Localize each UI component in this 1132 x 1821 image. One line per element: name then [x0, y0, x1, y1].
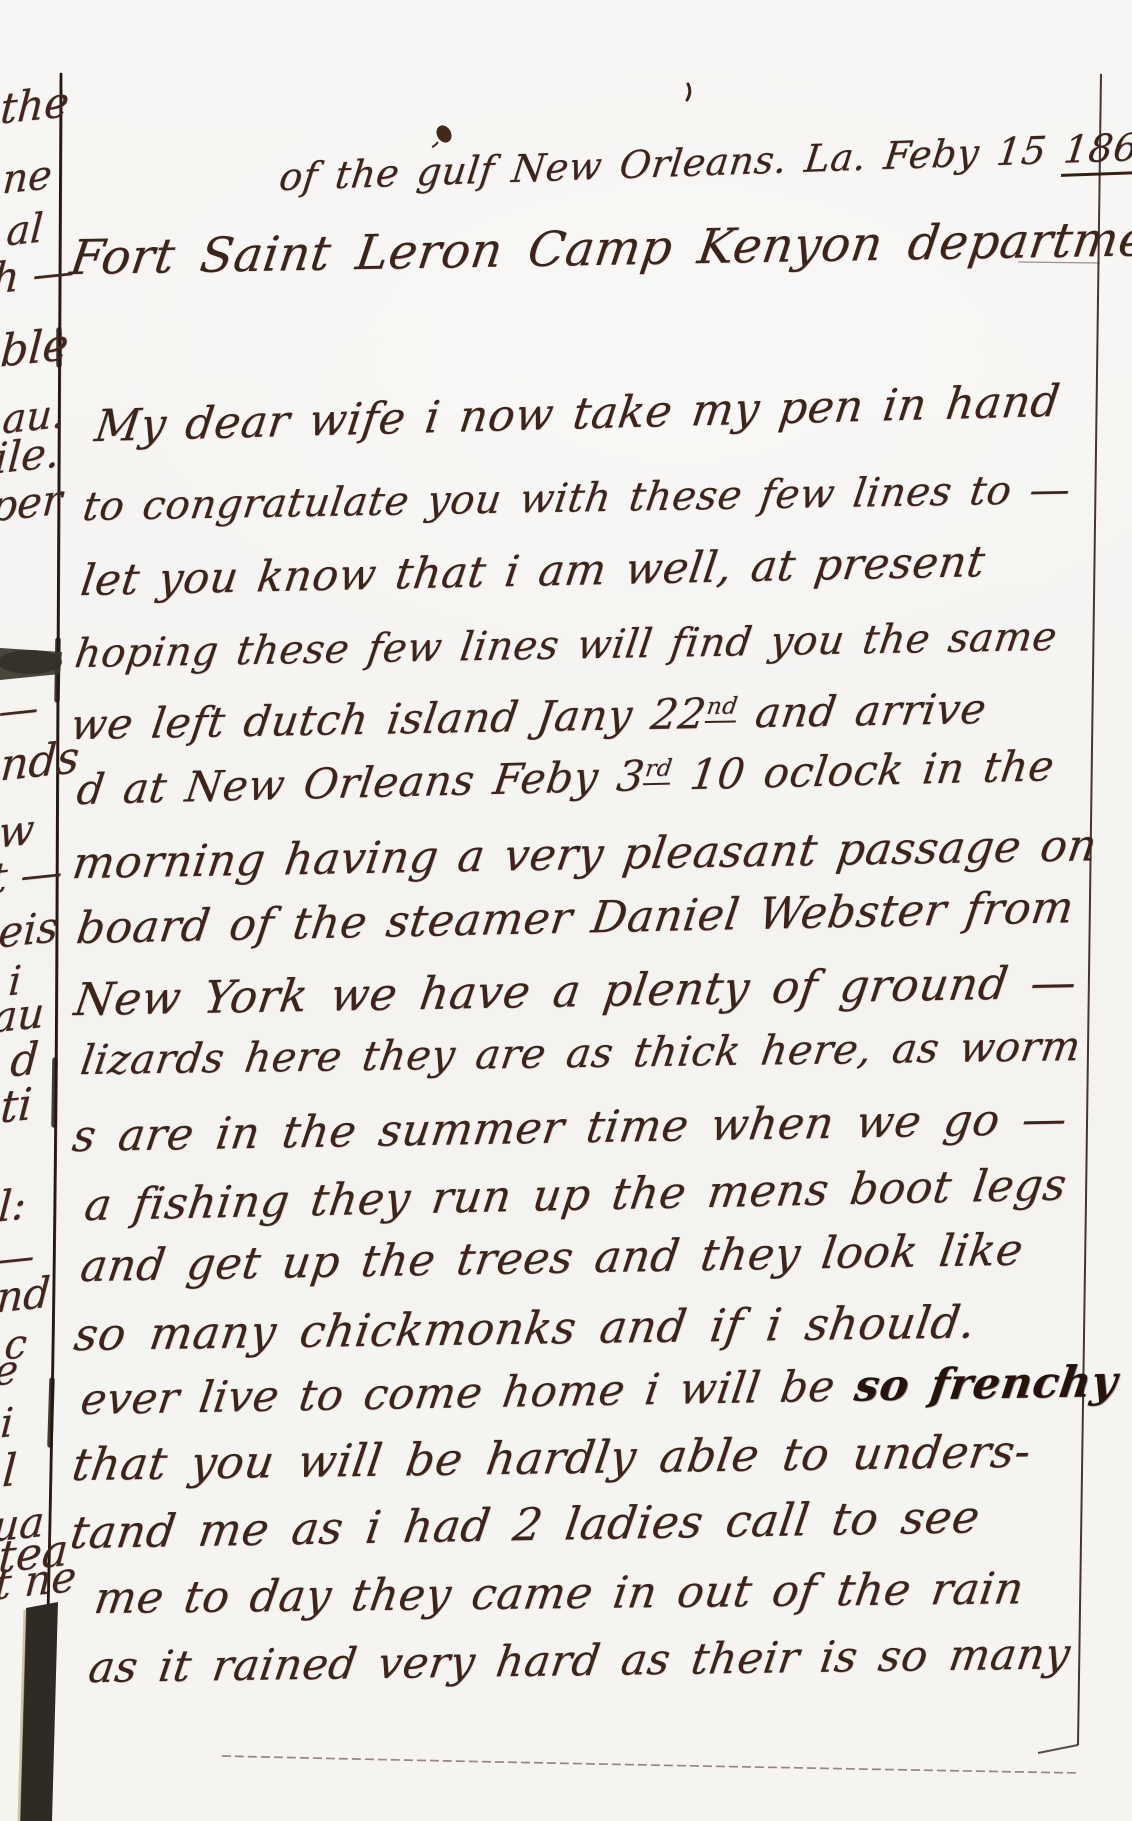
margin-fragment: nds [0, 736, 81, 789]
letter-body-line: a fishing they run up the mens boot legs [82, 1163, 1069, 1228]
letter-body-line: morning having a very pleasant passage o… [70, 824, 1100, 886]
ink-blot-tail [432, 142, 438, 147]
letter-body-line: so many chickmonks and if i should. [72, 1299, 979, 1357]
emphasized-text: so frenchy [851, 1357, 1120, 1412]
margin-fragment: al [5, 208, 44, 252]
margin-fragment: — [0, 688, 40, 733]
flourish-mark [687, 84, 690, 100]
letter-body-line: d at New Orleans Feby 3rd 10 oclock in t… [74, 745, 1057, 811]
margin-fragment: eis [0, 906, 60, 955]
margin-fragment: i [0, 1403, 15, 1445]
line-text: we left dutch island Jany 22 [68, 689, 710, 749]
letter-body-line: hoping these few lines will find you the… [72, 617, 1059, 674]
dateline-year: 1864 [1061, 124, 1132, 177]
letter-body-line: New York we have a plenty of ground — [72, 960, 1080, 1023]
margin-fragment: t ne [0, 1555, 78, 1606]
letter-body-line: board of the steamer Daniel Webster from [74, 886, 1077, 951]
ordinal-superscript: nd [705, 693, 740, 723]
line-text: and arrive [733, 684, 989, 737]
margin-fragment: w [0, 808, 36, 854]
letter-body-line: let you know that i am well, at present [78, 541, 988, 603]
letter-body-line: we left dutch island Jany 22nd and arriv… [68, 688, 989, 746]
margin-fragment: ile. [0, 431, 61, 480]
binding-mark [20, 1602, 58, 1821]
gutter-fold-line-shadow [49, 90, 62, 1600]
margin-fragment: per [0, 478, 63, 528]
margin-fragment: h — [0, 249, 76, 300]
letter-body-line: lizards here they are as thick here, as … [78, 1026, 1083, 1081]
letter-body-line: ever live to come home i will be so fren… [78, 1361, 1120, 1422]
binding-mark-edge [19, 1610, 25, 1821]
letter-address-line: Fort Saint Leron Camp Kenyon department [67, 214, 1132, 282]
letter-body-line: s are in the summer time when we go — [70, 1098, 1070, 1159]
line-text: 10 oclock in the [668, 741, 1057, 800]
margin-fragment: ble [0, 323, 70, 375]
letter-body-line: that you will be hardly able to unders- [70, 1429, 1035, 1487]
margin-fragment: nd [0, 1271, 52, 1319]
dateline-text: of the gulf New Orleans. La. Feby 15 [277, 128, 1067, 200]
letter-body-line: tand me as i had 2 ladies call to see [68, 1494, 983, 1555]
bottom-page-edge-line [222, 1756, 1078, 1773]
margin-fragment: e [0, 1350, 20, 1393]
margin-fragment: l: [0, 1183, 27, 1228]
margin-fragment: ti [0, 1083, 34, 1131]
letter-body-line: to congratulate you with these few lines… [80, 470, 1073, 527]
letter-body-line: and get up the trees and they look like [78, 1229, 1026, 1290]
margin-fragment: l [1, 1449, 18, 1495]
scanned-letter-page: of the gulf New Orleans. La. Feby 15 186… [0, 0, 1132, 1821]
letter-body-line: My dear wife i now take my pen in hand [92, 380, 1062, 449]
right-page-edge-foot [1038, 1745, 1078, 1753]
right-page-edge-line [1078, 74, 1101, 1745]
line-text: d at New Orleans Feby 3 [74, 751, 648, 814]
letter-dateline: of the gulf New Orleans. La. Feby 15 186… [277, 127, 1132, 196]
letter-body-line: me to day they came in out of the rain [91, 1567, 1026, 1621]
line-text: ever live to come home i will be [78, 1361, 859, 1425]
margin-fragment: t — [0, 850, 64, 900]
margin-fragment: ne [1, 155, 53, 201]
ink-smear [0, 648, 62, 680]
margin-fragment: d [9, 1037, 40, 1085]
ink-smear-core [0, 650, 62, 674]
margin-fragment: the [0, 81, 70, 131]
ink-blot [433, 123, 454, 146]
letter-body-line: as it rained very hard as their is so ma… [86, 1633, 1073, 1690]
